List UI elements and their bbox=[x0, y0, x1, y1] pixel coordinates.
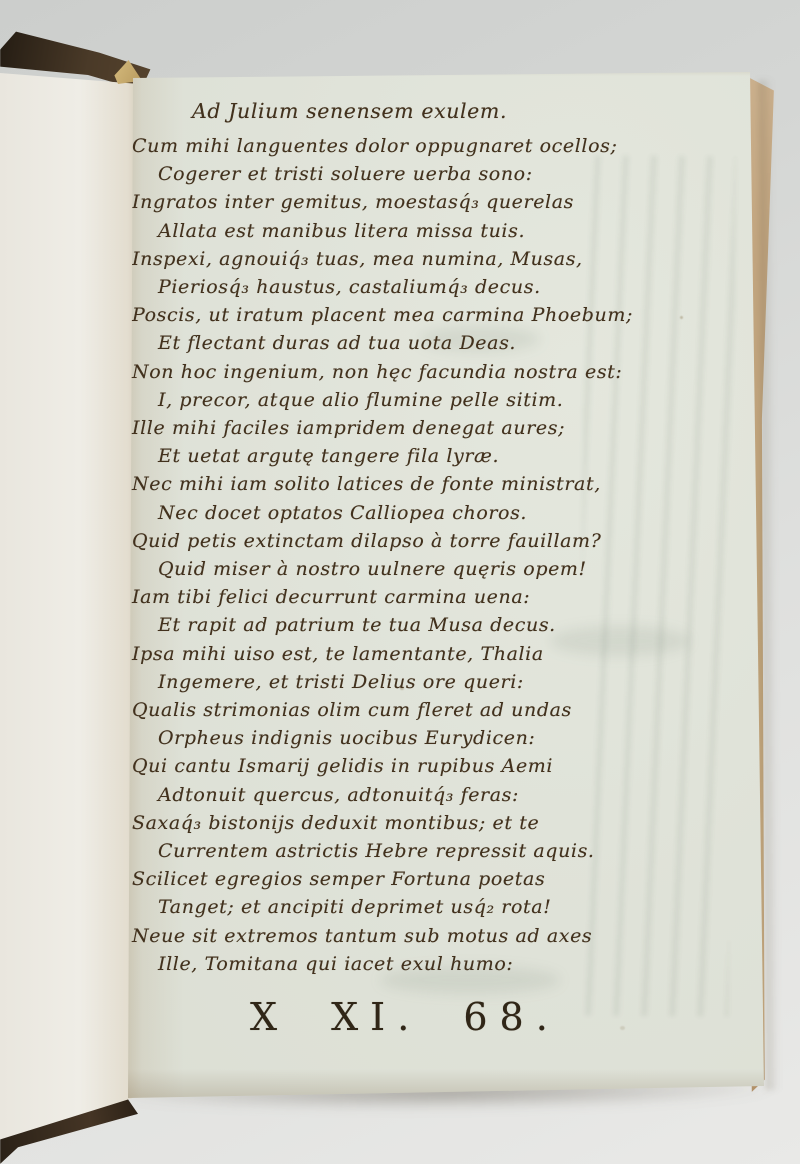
poem-line: Qui cantu Ismarij gelidis in rupibus Aem… bbox=[132, 752, 744, 780]
poem-line: Pieriosq́₃ haustus, castaliumq́₃ decus. bbox=[132, 273, 744, 301]
poem-title: Ad Julium senensem exulem. bbox=[192, 96, 744, 126]
poem-line: Cum mihi languentes dolor oppugnaret oce… bbox=[132, 132, 744, 160]
poem-line: Et flectant duras ad tua uota Deas. bbox=[132, 329, 744, 357]
poem-line: Ille mihi faciles iampridem denegat aure… bbox=[132, 414, 744, 442]
poem-line: Quid miser à nostro uulnere quęris opem! bbox=[132, 555, 744, 583]
poem-line: Orpheus indignis uocibus Eurydicen: bbox=[132, 724, 744, 752]
manuscript-page: Ad Julium senensem exulem. Cum mihi lang… bbox=[120, 66, 768, 1100]
poem-line: Neue sit extremos tantum sub motus ad ax… bbox=[132, 922, 744, 950]
shelfmark-number: X XI. 68. bbox=[250, 994, 744, 1040]
poem-line: Et uetat argutę tangere fila lyræ. bbox=[132, 442, 744, 470]
poem-line: Ipsa mihi uiso est, te lamentante, Thali… bbox=[132, 640, 744, 668]
poem-lines: Cum mihi languentes dolor oppugnaret oce… bbox=[132, 132, 744, 978]
poem-line: Nec mihi iam solito latices de fonte min… bbox=[132, 470, 744, 498]
poem-line: Nec docet optatos Calliopea choros. bbox=[132, 499, 744, 527]
poem-line: Inspexi, agnouiq́₃ tuas, mea numina, Mus… bbox=[132, 245, 744, 273]
poem-line: I, precor, atque alio flumine pelle siti… bbox=[132, 386, 744, 414]
left-facing-page bbox=[0, 60, 145, 1146]
poem-line: Non hoc ingenium, non hęc facundia nostr… bbox=[132, 358, 744, 386]
poem-line: Ille, Tomitana qui iacet exul humo: bbox=[132, 950, 744, 978]
poem-line: Currentem astrictis Hebre repressit aqui… bbox=[132, 837, 744, 865]
handwritten-text-block: Ad Julium senensem exulem. Cum mihi lang… bbox=[132, 96, 744, 1040]
poem-line: Adtonuit quercus, adtonuitq́₃ feras: bbox=[132, 781, 744, 809]
poem-line: Tanget; et ancipiti deprimet usq́₂ rota! bbox=[132, 893, 744, 921]
poem-line: Cogerer et tristi soluere uerba sono: bbox=[132, 160, 744, 188]
poem-line: Ingratos inter gemitus, moestasq́₃ quere… bbox=[132, 188, 744, 216]
poem-line: Poscis, ut iratum placent mea carmina Ph… bbox=[132, 301, 744, 329]
poem-line: Qualis strimonias olim cum fleret ad und… bbox=[132, 696, 744, 724]
poem-line: Ingemere, et tristi Delius ore queri: bbox=[132, 668, 744, 696]
poem-line: Saxaq́₃ bistonijs deduxit montibus; et t… bbox=[132, 809, 744, 837]
poem-line: Et rapit ad patrium te tua Musa decus. bbox=[132, 611, 744, 639]
poem-line: Iam tibi felici decurrunt carmina uena: bbox=[132, 583, 744, 611]
poem-line: Allata est manibus litera missa tuis. bbox=[132, 217, 744, 245]
poem-line: Scilicet egregios semper Fortuna poetas bbox=[132, 865, 744, 893]
poem-line: Quid petis extinctam dilapso à torre fau… bbox=[132, 527, 744, 555]
photo-backdrop: Ad Julium senensem exulem. Cum mihi lang… bbox=[0, 0, 800, 1164]
